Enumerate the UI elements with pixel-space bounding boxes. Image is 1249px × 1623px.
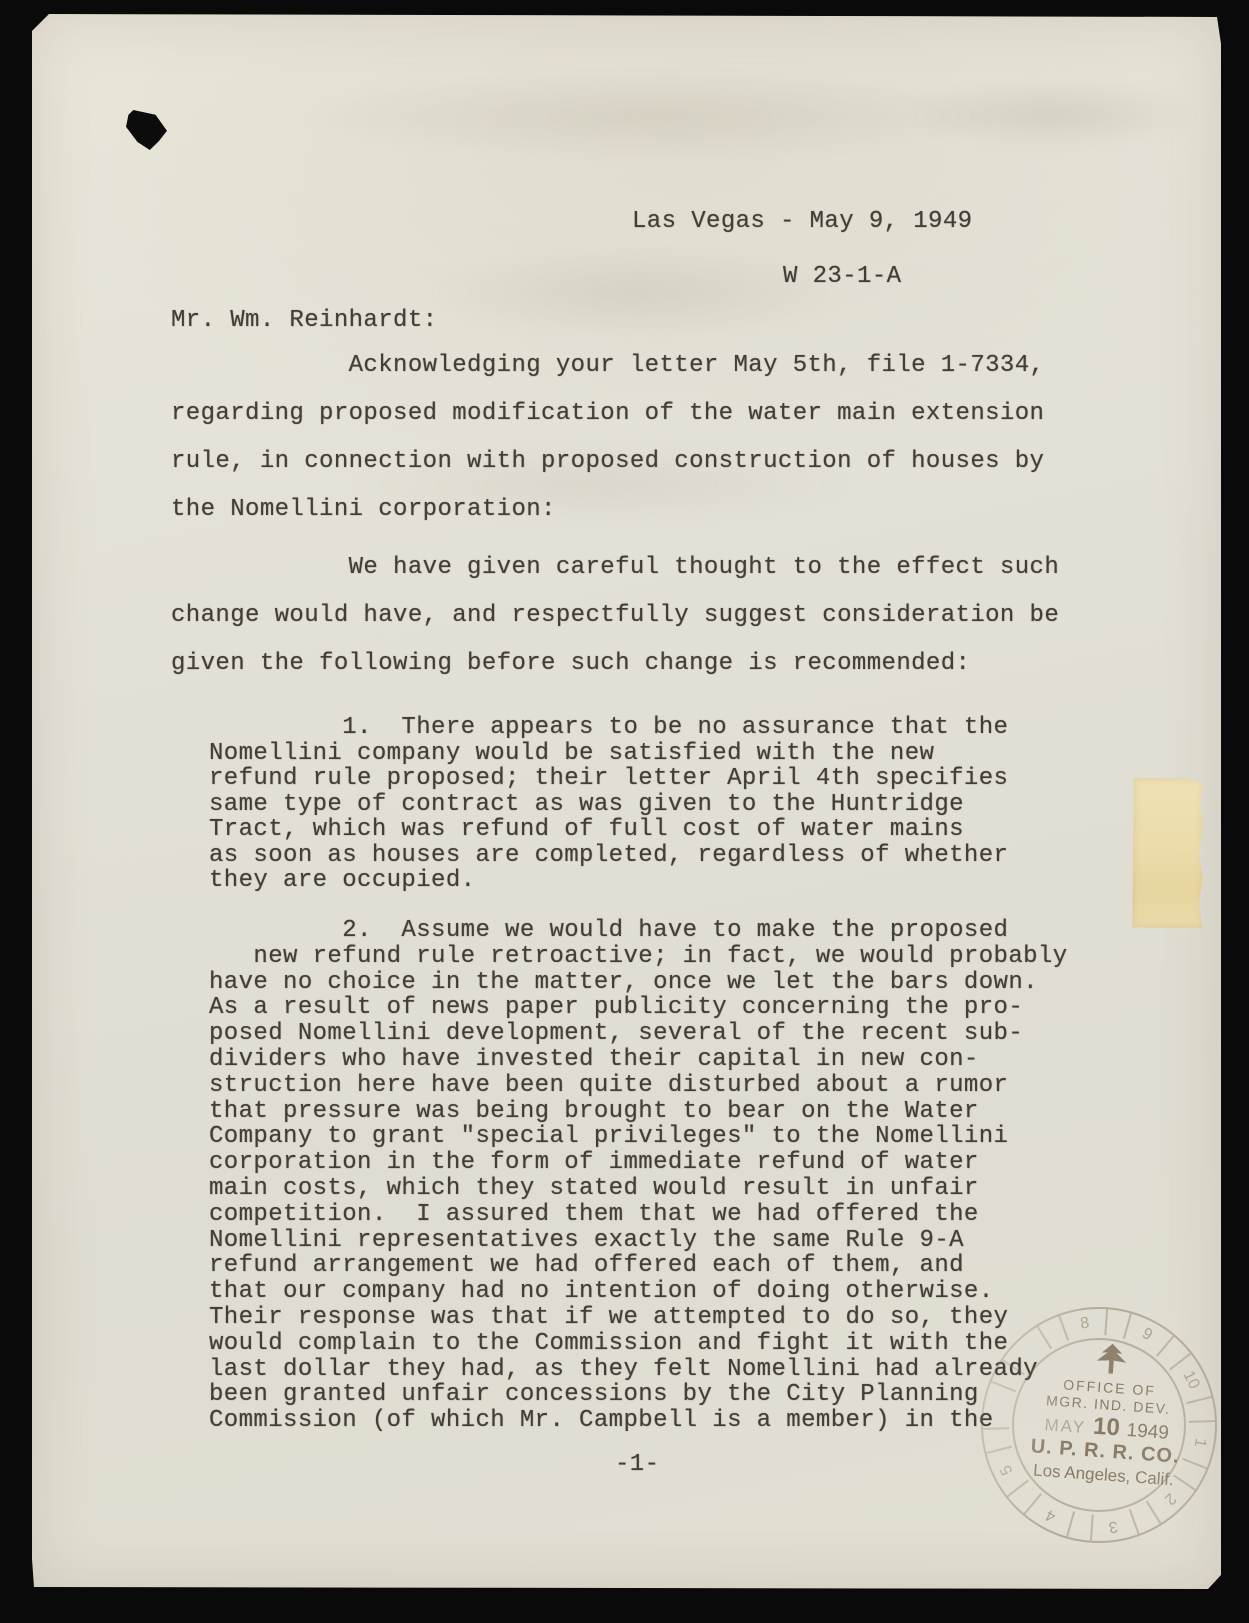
text-line: Company to grant "special privileges" to…	[209, 1124, 1068, 1150]
text-line: Their response was that if we attempted …	[209, 1305, 1068, 1331]
dateline: Las Vegas - May 9, 1949	[632, 208, 972, 235]
arrow-tree-emblem-icon	[1095, 1343, 1129, 1375]
numbered-item-2: 2. Assume we would have to make the prop…	[209, 918, 1068, 1434]
text-line: same type of contract as was given to th…	[209, 792, 1008, 818]
text-line: new refund rule retroactive; in fact, we…	[209, 944, 1068, 970]
bleed-through-smudge	[902, 80, 1202, 150]
text-line: that pressure was being brought to bear …	[209, 1099, 1068, 1125]
text-line: been granted unfair concessions by the C…	[209, 1382, 1068, 1408]
text-line: regarding proposed modification of the w…	[171, 390, 1044, 438]
text-line: rule, in connection with proposed constr…	[171, 438, 1044, 486]
text-line: corporation in the form of immediate ref…	[209, 1150, 1068, 1176]
page-number: -1-	[615, 1451, 659, 1478]
text-line: dividers who have invested their capital…	[209, 1047, 1068, 1073]
text-line: Tract, which was refund of full cost of …	[209, 817, 1008, 843]
tape-fragment	[1132, 778, 1204, 929]
text-line: change would have, and respectfully sugg…	[171, 592, 1059, 640]
text-line: the Nomellini corporation:	[171, 486, 1044, 534]
text-line: Acknowledging your letter May 5th, file …	[171, 342, 1044, 390]
letter-page: Las Vegas - May 9, 1949 W 23-1-A Mr. Wm.…	[32, 14, 1221, 1589]
text-line: would complain to the Commission and fig…	[209, 1331, 1068, 1357]
text-line: last dollar they had, as they felt Nomel…	[209, 1357, 1068, 1383]
text-line: competition. I assured them that we had …	[209, 1202, 1068, 1228]
paragraph-acknowledging: Acknowledging your letter May 5th, file …	[171, 342, 1044, 534]
text-line: struction here have been quite disturbed…	[209, 1073, 1068, 1099]
text-line: have no choice in the matter, once we le…	[209, 970, 1068, 996]
text-line: given the following before such change i…	[171, 640, 1059, 688]
numbered-item-1: 1. There appears to be no assurance that…	[209, 715, 1008, 894]
file-number: W 23-1-A	[783, 263, 901, 290]
punch-hole	[126, 110, 167, 150]
text-line: Nomellini company would be satisfied wit…	[209, 741, 1008, 767]
received-date-stamp: 891012345 OFFICE OF MGR. IND. DEV. MAY 1…	[981, 1307, 1217, 1543]
text-line: As a result of news paper publicity conc…	[209, 995, 1068, 1021]
stamp-date-month: MAY	[1044, 1415, 1087, 1438]
text-line: posed Nomellini development, several of …	[209, 1021, 1068, 1047]
text-line: We have given careful thought to the eff…	[171, 544, 1059, 592]
stamp-date-day: 10	[1092, 1413, 1121, 1443]
text-line: main costs, which they stated would resu…	[209, 1176, 1068, 1202]
text-line: 1. There appears to be no assurance that…	[209, 715, 1008, 741]
text-line: 2. Assume we would have to make the prop…	[209, 918, 1068, 944]
text-line: as soon as houses are completed, regardl…	[209, 843, 1008, 869]
paragraph-consideration: We have given careful thought to the eff…	[171, 544, 1059, 688]
text-line: they are occupied.	[209, 868, 1008, 894]
text-line: refund arrangement we had offered each o…	[209, 1253, 1068, 1279]
text-line: Nomellini representatives exactly the sa…	[209, 1228, 1068, 1254]
salutation: Mr. Wm. Reinhardt:	[171, 307, 437, 334]
stamp-date-year: 1949	[1126, 1420, 1170, 1445]
text-line: refund rule proposed; their letter April…	[209, 766, 1008, 792]
bleed-through-smudge	[422, 244, 852, 340]
stamp-text-block: OFFICE OF MGR. IND. DEV. MAY 10 1949 U. …	[973, 1299, 1225, 1551]
text-line: that our company had no intention of doi…	[209, 1279, 1068, 1305]
scan-background: Las Vegas - May 9, 1949 W 23-1-A Mr. Wm.…	[0, 0, 1249, 1623]
text-line: Commission (of which Mr. Campbell is a m…	[209, 1408, 1068, 1434]
